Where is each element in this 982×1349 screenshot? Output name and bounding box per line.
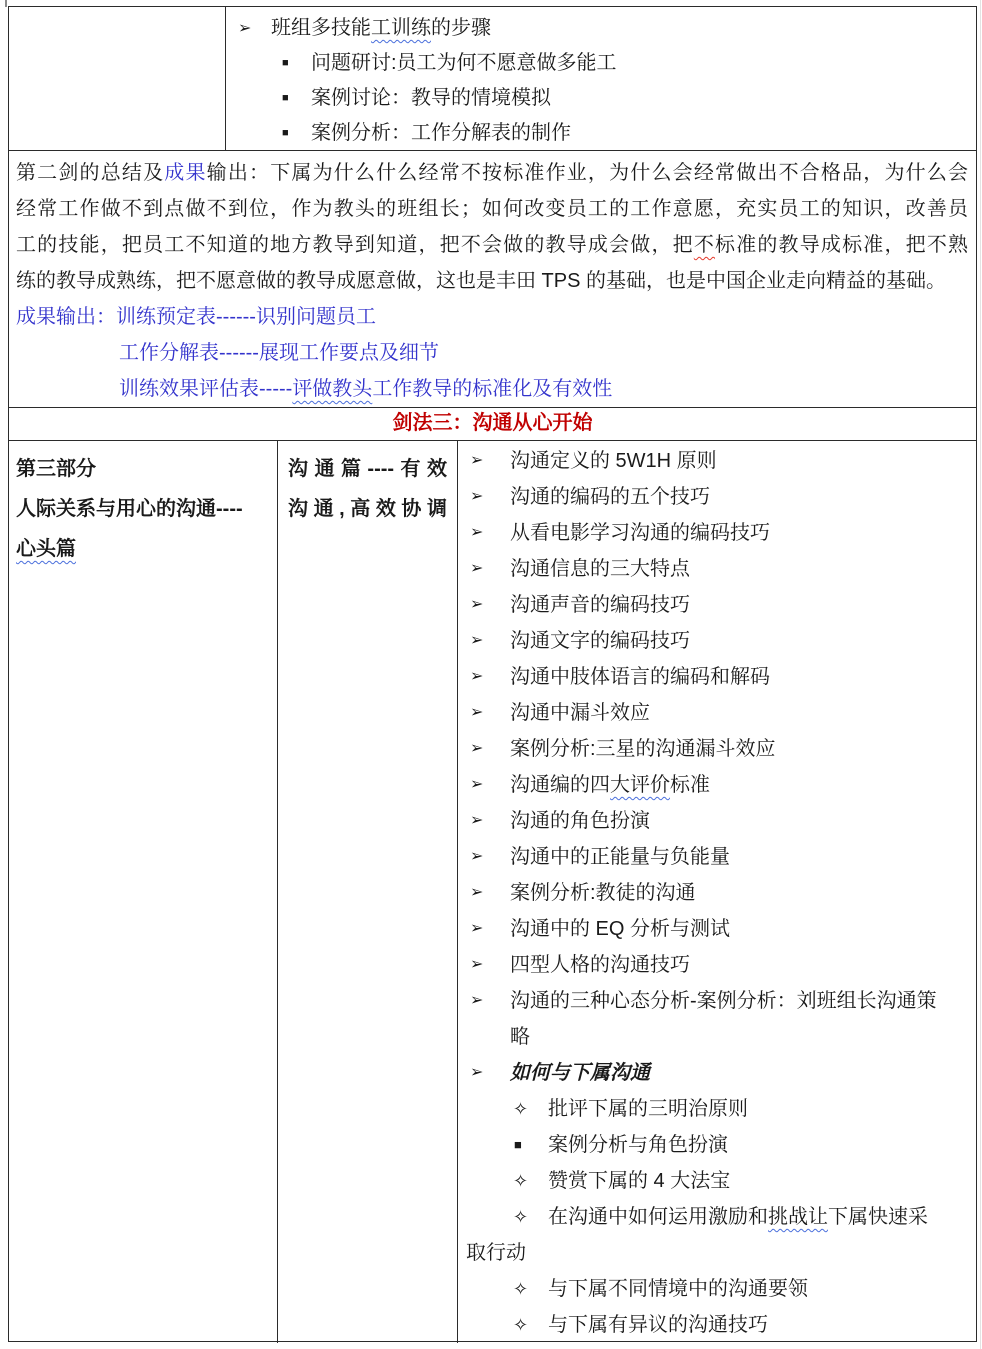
line-text: 工的技能，把员工不知道的地方教导到知道，把不会做的教导成会做，把不标准的教导成标… bbox=[16, 227, 968, 263]
text-run: 沟通声音的编码技巧 bbox=[510, 594, 690, 616]
line-text: 经常工作做不到点做不到位，作为教头的班组长；如何改变员工的工作意愿，充实员工的知… bbox=[16, 191, 968, 227]
output-line: 工作分解表------展现工作要点及细节 bbox=[16, 335, 968, 371]
line-text: 沟通篇----有效 bbox=[288, 449, 447, 489]
text-run: 工的技能，把员工不知道的地方教导到知道，把不会做的教导成会做，把 bbox=[16, 234, 694, 256]
text-run: 不 bbox=[694, 234, 715, 256]
line-text: 沟通声音的编码技巧 bbox=[458, 587, 976, 623]
topic-subitem-continuation: 取行动 bbox=[458, 1235, 976, 1271]
line-text: 第二剑的总结及成果输出：下属为什么什么经常不按标准作业，为什么会经常做出不合格品… bbox=[16, 155, 968, 191]
line-text: 沟通,高效协调 bbox=[288, 489, 447, 529]
topic-item: ➢案例分析:三星的沟通漏斗效应 bbox=[458, 731, 976, 767]
topic-item: ➢沟通中的正能量与负能量 bbox=[458, 839, 976, 875]
diamond-bullet-icon: ✧ bbox=[513, 1271, 528, 1307]
square-bullet-icon: ■ bbox=[282, 81, 289, 116]
topic-item: ➢沟通定义的 5W1H 原则 bbox=[458, 443, 976, 479]
text-run: 挑战让 bbox=[768, 1206, 828, 1228]
text-run: 工作分解表------展现工作要点及细节 bbox=[119, 342, 439, 364]
arrow-bullet-icon: ➢ bbox=[470, 911, 483, 947]
topic-item: ➢沟通文字的编码技巧 bbox=[458, 623, 976, 659]
topic-item: ➢沟通的编码的五个技巧 bbox=[458, 479, 976, 515]
line-text: 在沟通中如何运用激励和挑战让下属快速采 bbox=[458, 1199, 976, 1235]
summary-line: 第二剑的总结及成果输出：下属为什么什么经常不按标准作业，为什么会经常做出不合格品… bbox=[16, 155, 968, 191]
outline-subitem: ■案例分析：工作分解表的制作 bbox=[226, 116, 976, 150]
line-text: 案例分析:三星的沟通漏斗效应 bbox=[458, 731, 976, 767]
topic-item: ➢四型人格的沟通技巧 bbox=[458, 947, 976, 983]
topic-subitem: ✧与下属有异议的沟通技巧 bbox=[458, 1307, 976, 1343]
arrow-bullet-icon: ➢ bbox=[238, 11, 251, 46]
text-run: 沟通编的四 bbox=[510, 774, 610, 796]
line-text: 批评下属的三明治原则 bbox=[458, 1091, 976, 1127]
text-run: 沟通中的正能量与负能量 bbox=[510, 846, 730, 868]
topic-subitem: ✧批评下属的三明治原则 bbox=[458, 1091, 976, 1127]
line-text: 沟通的三种心态分析-案例分析：刘班组长沟通策 bbox=[458, 983, 976, 1019]
outline-subitem: ■问题研讨:员工为何不愿意做多能工 bbox=[226, 46, 976, 81]
part-title-cell: 第三部分人际关系与用心的沟通----心头篇 bbox=[9, 441, 278, 1343]
part-title-line: 心头篇 bbox=[16, 529, 271, 569]
topic-subitem: ✧在沟通中如何运用激励和挑战让下属快速采 bbox=[458, 1199, 976, 1235]
summary-line: 工的技能，把员工不知道的地方教导到知道，把不会做的教导成会做，把不标准的教导成标… bbox=[16, 227, 968, 263]
text-run: 心头篇 bbox=[16, 538, 76, 560]
line-text: 沟通编的四大评价标准 bbox=[458, 767, 976, 803]
text-run: 沟通定义的 5W1H 原则 bbox=[510, 450, 717, 472]
outline-item: ➢班组多技能工训练的步骤 bbox=[226, 11, 976, 46]
empty-left-cell bbox=[9, 7, 226, 150]
module-title-line: 沟通,高效协调 bbox=[288, 489, 447, 529]
topic-item: ➢沟通中肢体语言的编码和解码 bbox=[458, 659, 976, 695]
text-run: 略 bbox=[510, 1026, 530, 1048]
topic-item: ➢沟通信息的三大特点 bbox=[458, 551, 976, 587]
line-text: 如何与下属沟通 bbox=[458, 1055, 976, 1091]
text-run: 标准 bbox=[670, 774, 710, 796]
text-run: 输出：下属为什么什么经常不按标准作业，为什么会经常做出不合格品，为什么会 bbox=[207, 162, 968, 184]
topic-item: ➢沟通中的 EQ 分析与测试 bbox=[458, 911, 976, 947]
diamond-bullet-icon: ✧ bbox=[513, 1307, 528, 1343]
text-run: 与下属不同情境中的沟通要领 bbox=[548, 1278, 808, 1300]
square-bullet-icon: ■ bbox=[514, 1127, 522, 1163]
topic-subitem: ✧与下属不同情境中的沟通要领 bbox=[458, 1271, 976, 1307]
text-run: 成果输出：训练预定表------识别问题员工 bbox=[16, 306, 376, 328]
text-run: 练的教导成熟练，把不愿意做的教导成愿意做，这也是丰田 TPS 的基础，也是中国企… bbox=[16, 270, 946, 292]
text-run: 评做教头 bbox=[292, 378, 372, 400]
topic-item: ➢沟通的角色扮演 bbox=[458, 803, 976, 839]
part-title-line: 人际关系与用心的沟通---- bbox=[16, 489, 271, 529]
line-text: 练的教导成熟练，把不愿意做的教导成愿意做，这也是丰田 TPS 的基础，也是中国企… bbox=[16, 263, 968, 299]
arrow-bullet-icon: ➢ bbox=[470, 875, 483, 911]
topic-item: ➢沟通编的四大评价标准 bbox=[458, 767, 976, 803]
line-text: 沟通中的正能量与负能量 bbox=[458, 839, 976, 875]
topic-subitem: ✧赞赏下属的 4 大法宝 bbox=[458, 1163, 976, 1199]
line-text: 沟通文字的编码技巧 bbox=[458, 623, 976, 659]
text-run: 标准的教导成标准，把不熟 bbox=[715, 234, 968, 256]
line-text: 沟通中的 EQ 分析与测试 bbox=[458, 911, 976, 947]
topic-item: ➢从看电影学习沟通的编码技巧 bbox=[458, 515, 976, 551]
text-run: 沟通文字的编码技巧 bbox=[510, 630, 690, 652]
text-run: 沟通的编码的五个技巧 bbox=[510, 486, 710, 508]
arrow-bullet-icon: ➢ bbox=[470, 623, 483, 659]
diamond-bullet-icon: ✧ bbox=[513, 1199, 528, 1235]
text-run: 经常工作做不到点做不到位，作为教头的班组长；如何改变员工的工作意愿，充实员工的知… bbox=[16, 198, 968, 220]
line-text: 从看电影学习沟通的编码技巧 bbox=[458, 515, 976, 551]
outline-subitem: ■案例讨论：教导的情境模拟 bbox=[226, 81, 976, 116]
arrow-bullet-icon: ➢ bbox=[470, 515, 483, 551]
topic-subitem: ■案例分析与角色扮演 bbox=[458, 1127, 976, 1163]
diamond-bullet-icon: ✧ bbox=[513, 1091, 528, 1127]
arrow-bullet-icon: ➢ bbox=[470, 695, 483, 731]
text-run: 赞赏下属的 4 大法宝 bbox=[548, 1170, 730, 1192]
line-text: 沟通定义的 5W1H 原则 bbox=[458, 443, 976, 479]
text-run: 第二剑的总结及 bbox=[16, 162, 164, 184]
line-text: 心头篇 bbox=[16, 529, 271, 569]
text-run: 下属快速采 bbox=[828, 1206, 928, 1228]
topic-item-continuation: 略 bbox=[458, 1019, 976, 1055]
arrow-bullet-icon: ➢ bbox=[470, 659, 483, 695]
arrow-bullet-icon: ➢ bbox=[470, 803, 483, 839]
line-text: 沟通的角色扮演 bbox=[458, 803, 976, 839]
document-page: ➢班组多技能工训练的步骤■问题研讨:员工为何不愿意做多能工■案例讨论：教导的情境… bbox=[0, 0, 982, 1349]
line-text: 人际关系与用心的沟通---- bbox=[16, 489, 271, 529]
text-run: 沟通,高效协调 bbox=[288, 498, 447, 520]
text-run: 案例分析：工作分解表的制作 bbox=[311, 122, 571, 144]
topic-item: ➢如何与下属沟通 bbox=[458, 1055, 976, 1091]
text-run: 沟通中肢体语言的编码和解码 bbox=[510, 666, 770, 688]
section-title: 剑法三：沟通从心开始 bbox=[393, 412, 593, 434]
part-title-line: 第三部分 bbox=[16, 449, 271, 489]
text-run: 大评价 bbox=[610, 774, 670, 796]
arrow-bullet-icon: ➢ bbox=[470, 479, 483, 515]
summary-cell: 第二剑的总结及成果输出：下属为什么什么经常不按标准作业，为什么会经常做出不合格品… bbox=[9, 151, 976, 408]
text-run: 取行动 bbox=[466, 1242, 526, 1264]
topic-item: ➢案例分析:教徒的沟通 bbox=[458, 875, 976, 911]
summary-line: 经常工作做不到点做不到位，作为教头的班组长；如何改变员工的工作意愿，充实员工的知… bbox=[16, 191, 968, 227]
line-text: 成果输出：训练预定表------识别问题员工 bbox=[16, 299, 968, 335]
section-title-row: 剑法三：沟通从心开始 bbox=[9, 408, 976, 441]
table-edge-artifact bbox=[5, 0, 7, 7]
line-text: 沟通的编码的五个技巧 bbox=[458, 479, 976, 515]
text-run: 案例分析:教徒的沟通 bbox=[510, 882, 696, 904]
text-run: 沟通的三种心态分析-案例分析：刘班组长沟通策 bbox=[510, 990, 937, 1012]
text-run: 与下属有异议的沟通技巧 bbox=[548, 1314, 768, 1336]
text-run: 沟通中的 EQ 分析与测试 bbox=[510, 918, 730, 940]
arrow-bullet-icon: ➢ bbox=[470, 947, 483, 983]
topic-item: ➢沟通的三种心态分析-案例分析：刘班组长沟通策 bbox=[458, 983, 976, 1019]
line-text: 班组多技能工训练的步骤 bbox=[226, 11, 976, 46]
diamond-bullet-icon: ✧ bbox=[513, 1163, 528, 1199]
text-run: 如何与下属沟通 bbox=[510, 1062, 650, 1084]
text-run: 沟通信息的三大特点 bbox=[510, 558, 690, 580]
text-run: 沟通的角色扮演 bbox=[510, 810, 650, 832]
line-text: 与下属有异议的沟通技巧 bbox=[458, 1307, 976, 1343]
text-run: 案例讨论：教导的情境模拟 bbox=[311, 87, 551, 109]
line-text: 第三部分 bbox=[16, 449, 271, 489]
output-line: 成果输出：训练预定表------识别问题员工 bbox=[16, 299, 968, 335]
text-run: 人际关系与用心的沟通---- bbox=[16, 498, 243, 520]
line-text: 工作分解表------展现工作要点及细节 bbox=[16, 335, 968, 371]
topic-item: ➢沟通声音的编码技巧 bbox=[458, 587, 976, 623]
text-run: 从看电影学习沟通的编码技巧 bbox=[510, 522, 770, 544]
arrow-bullet-icon: ➢ bbox=[470, 587, 483, 623]
text-run: 第三部分 bbox=[16, 458, 96, 480]
arrow-bullet-icon: ➢ bbox=[470, 839, 483, 875]
line-text: 四型人格的沟通技巧 bbox=[458, 947, 976, 983]
line-text: 案例分析与角色扮演 bbox=[458, 1127, 976, 1163]
square-bullet-icon: ■ bbox=[282, 46, 289, 81]
summary-line: 练的教导成熟练，把不愿意做的教导成愿意做，这也是丰田 TPS 的基础，也是中国企… bbox=[16, 263, 968, 299]
arrow-bullet-icon: ➢ bbox=[470, 731, 483, 767]
text-run: 沟通篇----有效 bbox=[288, 458, 447, 480]
line-text: 与下属不同情境中的沟通要领 bbox=[458, 1271, 976, 1307]
module-title-cell: 沟通篇----有效沟通,高效协调 bbox=[278, 441, 458, 1343]
text-run: 的步骤 bbox=[431, 17, 491, 39]
text-run: 班组多技能 bbox=[271, 17, 371, 39]
module-title-line: 沟通篇----有效 bbox=[288, 449, 447, 489]
line-text: 案例分析:教徒的沟通 bbox=[458, 875, 976, 911]
row-training-steps: ➢班组多技能工训练的步骤■问题研讨:员工为何不愿意做多能工■案例讨论：教导的情境… bbox=[9, 7, 976, 151]
text-run: 四型人格的沟通技巧 bbox=[510, 954, 690, 976]
page-edge-line bbox=[980, 0, 981, 1349]
output-line: 训练效果评估表-----评做教头工作教导的标准化及有效性 bbox=[16, 371, 968, 407]
arrow-bullet-icon: ➢ bbox=[470, 767, 483, 803]
text-run: 训练效果评估表----- bbox=[119, 378, 292, 400]
arrow-bullet-icon: ➢ bbox=[470, 443, 483, 479]
line-text: 训练效果评估表-----评做教头工作教导的标准化及有效性 bbox=[16, 371, 968, 407]
topics-cell: ➢沟通定义的 5W1H 原则➢沟通的编码的五个技巧➢从看电影学习沟通的编码技巧➢… bbox=[458, 441, 976, 1343]
part3-row: 第三部分人际关系与用心的沟通----心头篇 沟通篇----有效沟通,高效协调 ➢… bbox=[9, 441, 976, 1343]
line-text: 沟通中肢体语言的编码和解码 bbox=[458, 659, 976, 695]
course-outline-table: ➢班组多技能工训练的步骤■问题研讨:员工为何不愿意做多能工■案例讨论：教导的情境… bbox=[8, 6, 977, 1342]
text-run: 案例分析与角色扮演 bbox=[548, 1134, 728, 1156]
text-run: 工作教导的标准化及有效性 bbox=[372, 378, 612, 400]
topic-item: ➢沟通中漏斗效应 bbox=[458, 695, 976, 731]
arrow-bullet-icon: ➢ bbox=[470, 983, 483, 1019]
text-run: 问题研讨:员工为何不愿意做多能工 bbox=[311, 52, 617, 74]
line-text: 案例讨论：教导的情境模拟 bbox=[226, 81, 976, 116]
line-text: 取行动 bbox=[458, 1235, 976, 1271]
text-run: 批评下属的三明治原则 bbox=[548, 1098, 748, 1120]
arrow-bullet-icon: ➢ bbox=[470, 1055, 483, 1091]
text-run: 沟通中漏斗效应 bbox=[510, 702, 650, 724]
text-run: 成果 bbox=[164, 162, 206, 184]
line-text: 赞赏下属的 4 大法宝 bbox=[458, 1163, 976, 1199]
line-text: 案例分析：工作分解表的制作 bbox=[226, 116, 976, 150]
text-run: 案例分析:三星的沟通漏斗效应 bbox=[510, 738, 776, 760]
line-text: 沟通中漏斗效应 bbox=[458, 695, 976, 731]
line-text: 略 bbox=[458, 1019, 976, 1055]
line-text: 问题研讨:员工为何不愿意做多能工 bbox=[226, 46, 976, 81]
square-bullet-icon: ■ bbox=[282, 116, 289, 150]
arrow-bullet-icon: ➢ bbox=[470, 551, 483, 587]
training-steps-cell: ➢班组多技能工训练的步骤■问题研讨:员工为何不愿意做多能工■案例讨论：教导的情境… bbox=[226, 7, 976, 150]
text-run: 在沟通中如何运用激励和 bbox=[548, 1206, 768, 1228]
text-run: 工训练 bbox=[371, 17, 431, 39]
line-text: 沟通信息的三大特点 bbox=[458, 551, 976, 587]
